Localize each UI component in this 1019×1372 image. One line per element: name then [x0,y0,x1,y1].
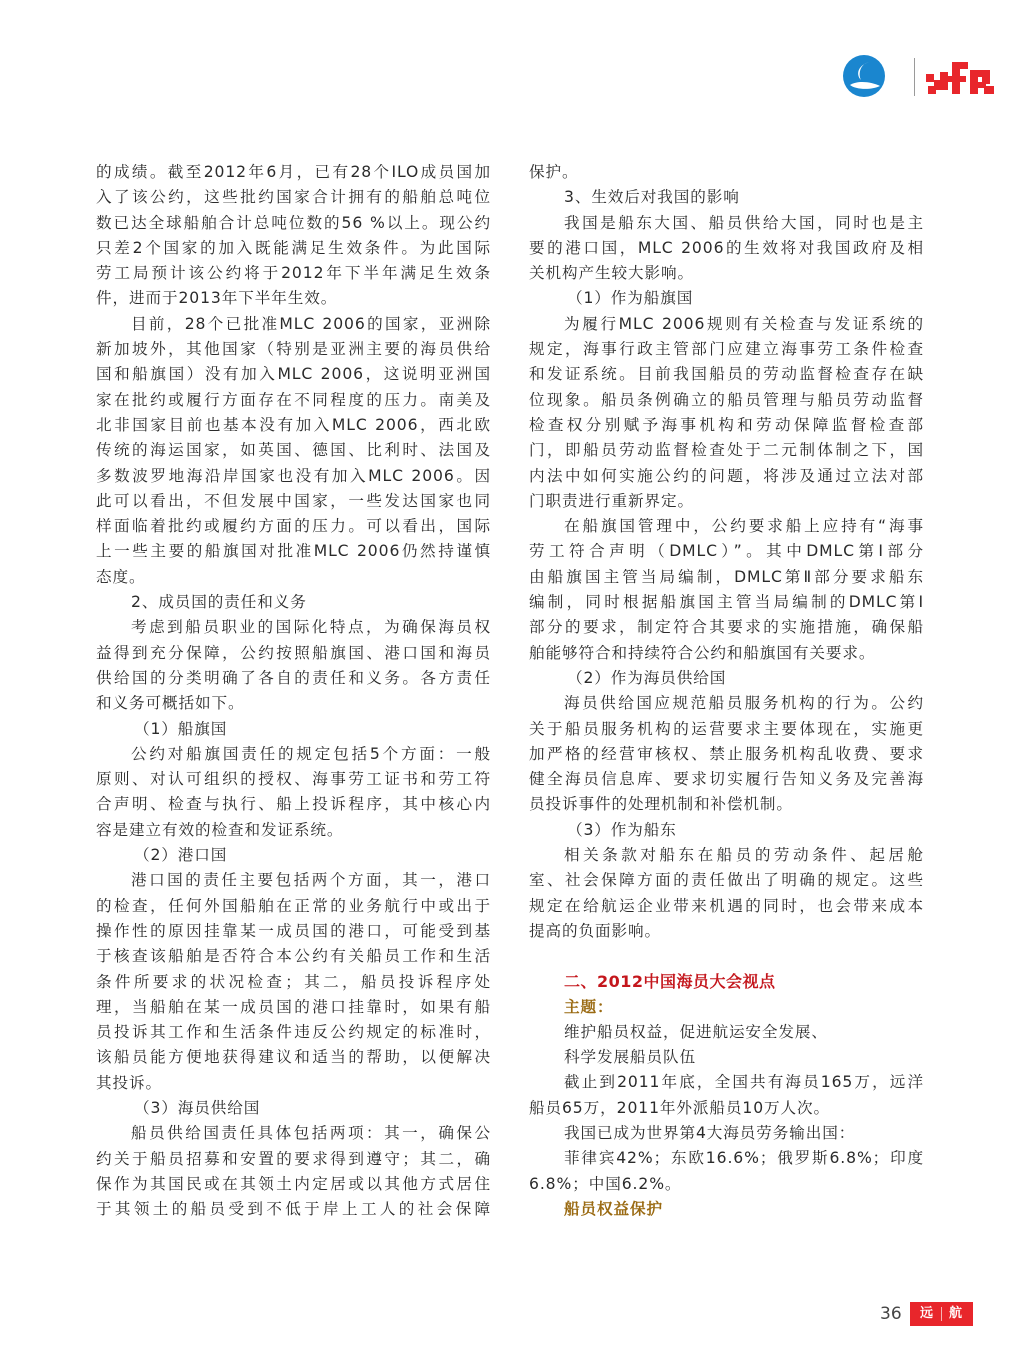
theme-label: 主题： [529,995,924,1020]
paragraph-start: 目前，28个已批准MLC 2006的国家，亚洲除 [96,312,491,337]
body-line: 多数波罗地海沿岸国家也没有加入MLC 2006。因 [96,464,491,489]
body-line: 容是建立有效的检查和发证系统。 [96,818,491,843]
subsection-heading: （1）作为船旗国 [529,286,924,311]
subsection-heading: （3）作为船东 [529,818,924,843]
body-line: 约关于船员招募和安置的要求得到遵守；其二，确 [96,1147,491,1172]
paragraph-start: 港口国的责任主要包括两个方面，其一，港口 [96,868,491,893]
section-2-heading: 二、2012中国海员大会视点 [529,969,924,994]
company-circle-logo-icon [842,54,886,98]
body-line: 件，进而于2013年下半年生效。 [96,286,491,311]
body-line: 员投诉其工作和生活条件违反公约规定的标准时， [96,1020,491,1045]
paragraph-start: 公约对船旗国责任的规定包括5个方面：一般 [96,742,491,767]
paragraph-start: 我国是船东大国、船员供给大国，同时也是主 [529,211,924,236]
theme-line: 科学发展船员队伍 [529,1045,924,1070]
body-line: 提高的负面影响。 [529,919,924,944]
body-line: 传统的海运国家，如英国、德国、比利时、法国及 [96,438,491,463]
page-number: 36 [880,1302,902,1326]
stat-line: 截止到2011年底，全国共有海员165万，远洋 [529,1070,924,1095]
body-line: 于核查该船舶是否符合本公约有关船员工作和生活 [96,944,491,969]
body-line: 加严格的经营审核权、禁止服务机构乱收费、要求 [529,742,924,767]
body-line: 理，当船舶在某一成员国的港口挂靠时，如果有船 [96,995,491,1020]
body-line: 国和船旗国）没有加入MLC 2006，这说明亚洲国 [96,362,491,387]
body-line: 门职责进行重新界定。 [529,489,924,514]
body-line: 室、社会保障方面的责任做出了明确的规定。这些 [529,868,924,893]
section-heading: 2、成员国的责任和义务 [96,590,491,615]
brand-char-right: 航 [949,1306,963,1321]
body-line: 规定，海事行政主管部门应建立海事劳工条件检查 [529,337,924,362]
body-line: 员投诉事件的处理机制和补偿机制。 [529,792,924,817]
paragraph-start: 海员供给国应规范船员服务机构的行为。公约 [529,691,924,716]
body-line: 规定在给航运企业带来机遇的同时，也会带来成本 [529,894,924,919]
body-line: 内法中如何实施公约的问题，将涉及通过立法对部 [529,464,924,489]
body-line: 和发证系统。目前我国船员的劳动监督检查存在缺 [529,362,924,387]
body-line: 要的港口国，MLC 2006的生效将对我国政府及相 [529,236,924,261]
section-gap [529,944,924,969]
paragraph-start: 船员供给国责任具体包括两项：其一，确保公 [96,1121,491,1146]
subsection-heading: （2）港口国 [96,843,491,868]
body-line: 门，即船员劳动监督检查处于二元制体制之下，国 [529,438,924,463]
body-line: 和义务可概括如下。 [96,691,491,716]
body-line: 位现象。船员条例确立的船员管理与船员劳动监督 [529,388,924,413]
body-line: 操作性的原因挂靠某一成员国的港口，可能受到基 [96,919,491,944]
body-line: 健全海员信息库、要求切实履行告知义务及完善海 [529,767,924,792]
paragraph-start: 为履行MLC 2006规则有关检查与发证系统的 [529,312,924,337]
body-line: 其投诉。 [96,1071,491,1096]
body-line: 的成绩。截至2012年6月，已有28个ILO成员国加 [96,160,491,185]
paragraph-start: 考虑到船员职业的国际化特点，为确保海员权 [96,615,491,640]
body-line: 关于船员服务机构的运营要求主要体现在，实施更 [529,717,924,742]
magazine-brand-mark-icon [926,60,996,96]
magazine-logo [838,52,988,102]
logo-divider [914,58,915,96]
paragraph-start: 相关条款对船东在船员的劳动条件、起居舱 [529,843,924,868]
body-line: 劳工局预计该公约将于2012年下半年满足生效条 [96,261,491,286]
body-line: 编制，同时根据船旗国主管当局编制的DMLC第Ⅰ [529,590,924,615]
body-line: 态度。 [96,565,491,590]
body-line: 检查权分别赋予海事机构和劳动保障监督检查部 [529,413,924,438]
body-line: 只差2个国家的加入既能满足生效条件。为此国际 [96,236,491,261]
body-line: 保作为其国民或在其领土内定居或以其他方式居住 [96,1172,491,1197]
body-line: 舶能够符合和持续符合公约和船旗国有关要求。 [529,641,924,666]
share-line: 6.8%；中国6.2%。 [529,1172,924,1197]
body-line: 的检查，任何外国船舶在正常的业务航行中或出于 [96,894,491,919]
brand-separator [941,1307,942,1321]
left-text-column: 的成绩。截至2012年6月，已有28个ILO成员国加 入了该公约，这些批约国家合… [96,160,491,1222]
magazine-brand-badge: 远航 [910,1302,973,1326]
body-line: 供给国的分类明确了各自的责任和义务。各方责任 [96,666,491,691]
section-heading: 3、生效后对我国的影响 [529,185,924,210]
subheading-seafarer-rights: 船员权益保护 [529,1197,924,1222]
body-line: 此可以看出，不但发展中国家，一些发达国家也同 [96,489,491,514]
body-line: 保护。 [529,160,924,185]
body-line: 于其领土的船员受到不低于岸上工人的社会保障 [96,1197,491,1222]
body-line: 由船旗国主管当局编制，DMLC第Ⅱ部分要求船东 [529,565,924,590]
subsection-heading: （1）船旗国 [96,717,491,742]
body-line: 劳工符合声明（DMLC）”。其中DMLC第Ⅰ部分 [529,539,924,564]
subsection-heading: （3）海员供给国 [96,1096,491,1121]
body-line: 关机构产生较大影响。 [529,261,924,286]
body-line: 数已达全球船舶合计总吨位数的56 %以上。现公约 [96,211,491,236]
body-line: 原则、对认可组织的授权、海事劳工证书和劳工符 [96,767,491,792]
body-line: 该船员能方便地获得建议和适当的帮助，以便解决 [96,1045,491,1070]
body-line: 入了该公约，这些批约国家合计拥有的船舶总吨位 [96,185,491,210]
theme-line: 维护船员权益，促进航运安全发展、 [529,1020,924,1045]
body-line: 北非国家目前也基本没有加入MLC 2006，西北欧 [96,413,491,438]
share-line: 菲律宾42%；东欧16.6%；俄罗斯6.8%；印度 [529,1146,924,1171]
body-line: 条件所要求的状况检查；其二，船员投诉程序处 [96,970,491,995]
body-line: 新加坡外，其他国家（特别是亚洲主要的海员供给 [96,337,491,362]
subsection-heading: （2）作为海员供给国 [529,666,924,691]
rank-line: 我国已成为世界第4大海员劳务输出国： [529,1121,924,1146]
brand-char-left: 远 [920,1306,934,1321]
right-text-column: 保护。 3、生效后对我国的影响 我国是船东大国、船员供给大国，同时也是主 要的港… [529,160,924,1222]
body-line: 部分的要求，制定符合其要求的实施措施，确保船 [529,615,924,640]
body-line: 上一些主要的船旗国对批准MLC 2006仍然持谨慎 [96,539,491,564]
body-line: 益得到充分保障，公约按照船旗国、港口国和海员 [96,641,491,666]
stat-line: 船员65万，2011年外派船员10万人次。 [529,1096,924,1121]
paragraph-start: 在船旗国管理中，公约要求船上应持有“海事 [529,514,924,539]
body-line: 家在批约或履行方面存在不同程度的压力。南美及 [96,388,491,413]
body-line: 合声明、检查与执行、船上投诉程序，其中核心内 [96,792,491,817]
body-line: 样面临着批约或履约方面的压力。可以看出，国际 [96,514,491,539]
